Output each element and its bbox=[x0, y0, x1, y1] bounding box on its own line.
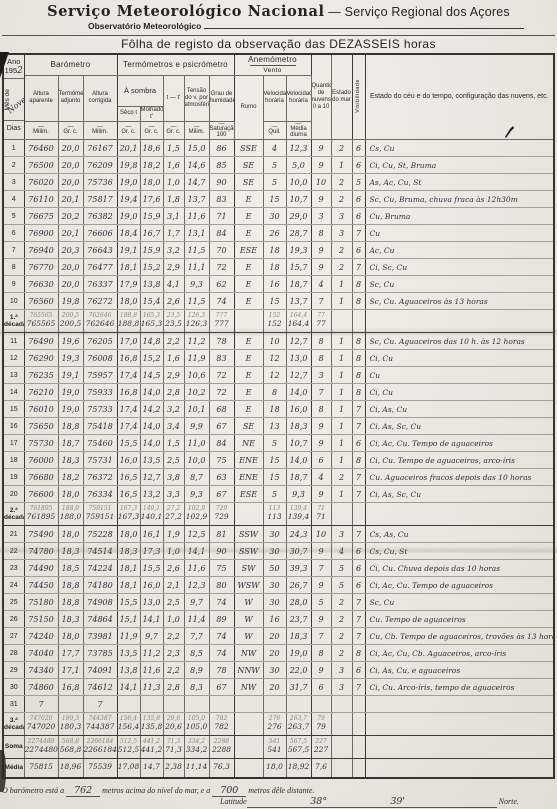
unit-milim-3: Milim. bbox=[184, 121, 209, 139]
remarks-cell: Ci, Ac, Cu. Tempo de aguaceiros bbox=[365, 435, 554, 452]
value-cell: 28,7 bbox=[286, 225, 311, 242]
title-separator: — bbox=[325, 5, 345, 19]
value-cell: NNW bbox=[234, 662, 263, 679]
value-cell: 75731 bbox=[83, 452, 117, 469]
value-cell: 17,4 bbox=[117, 418, 140, 435]
value-cell: 16,1 bbox=[140, 526, 163, 543]
value-cell: 76382 bbox=[83, 208, 117, 225]
table-row-day-31: 3177 bbox=[3, 696, 554, 713]
value-cell: 20 bbox=[263, 679, 286, 696]
value-cell: 76020 bbox=[24, 174, 58, 191]
value-cell: 76110 bbox=[24, 191, 58, 208]
value-cell: 8,3 bbox=[184, 679, 209, 696]
value-cell: 10,0 bbox=[286, 174, 311, 191]
value-cell: 86 bbox=[209, 140, 234, 157]
value-cell: 18,8 bbox=[58, 577, 83, 594]
value-cell: 1,6 bbox=[163, 157, 184, 174]
header-corrected-height: Altura corrigida bbox=[83, 75, 117, 121]
table-row-soma: Soma22744802274480568,8568,8226618422661… bbox=[3, 736, 554, 759]
value-cell: 20,1 bbox=[117, 140, 140, 157]
summary-value: 227227 bbox=[311, 736, 331, 759]
value-cell: 2,6 bbox=[163, 293, 184, 310]
value-cell: 2,6 bbox=[163, 560, 184, 577]
value-cell: 12 bbox=[263, 367, 286, 384]
value-cell: 8 bbox=[352, 276, 365, 293]
unit-grc-3: Gr. c. bbox=[140, 121, 163, 139]
value-cell: 9 bbox=[311, 191, 331, 208]
value-cell: 15,9 bbox=[140, 208, 163, 225]
value-cell: W bbox=[234, 611, 263, 628]
value-cell: 80 bbox=[209, 577, 234, 594]
value-cell: 30 bbox=[263, 577, 286, 594]
form-subtitle: Fôlha de registo da observação das DEZAS… bbox=[2, 35, 555, 51]
value-cell: 2 bbox=[331, 174, 352, 191]
value-cell: 39,3 bbox=[286, 560, 311, 577]
value-cell: 8,5 bbox=[184, 645, 209, 662]
value-cell: 9 bbox=[311, 157, 331, 174]
value-cell: 19,0 bbox=[117, 208, 140, 225]
value-cell: 8 bbox=[263, 384, 286, 401]
value-cell: 14,6 bbox=[184, 157, 209, 174]
summary-value: 276276 bbox=[263, 713, 286, 736]
value-cell: SSW bbox=[234, 526, 263, 543]
value-cell: 1 bbox=[331, 293, 352, 310]
remarks-cell: Sc, Cu bbox=[365, 594, 554, 611]
summary-value: 7979 bbox=[311, 713, 331, 736]
value-cell: 3 bbox=[311, 208, 331, 225]
unit-quil: Quil. bbox=[263, 121, 286, 139]
value-cell: 19,4 bbox=[117, 191, 140, 208]
empty-cell bbox=[331, 503, 352, 526]
value-cell: 76600 bbox=[24, 486, 58, 503]
value-cell: 17,7 bbox=[58, 645, 83, 662]
empty-cell bbox=[331, 736, 352, 759]
value-cell: 19,3 bbox=[58, 350, 83, 367]
value-cell: 11,5 bbox=[184, 242, 209, 259]
value-cell: 76290 bbox=[24, 350, 58, 367]
value-cell: SE bbox=[234, 157, 263, 174]
value-cell: 16,8 bbox=[117, 350, 140, 367]
value-cell: 18,3 bbox=[286, 418, 311, 435]
value-cell: 1 bbox=[331, 276, 352, 293]
header-humidity-degree: Grau de humidade bbox=[209, 75, 234, 121]
value-cell: SW bbox=[234, 560, 263, 577]
day-number: 15 bbox=[3, 401, 24, 418]
value-cell: 7 bbox=[83, 696, 117, 713]
remarks-cell: Sc, Cu, Bruma, chuva fraca às 12h30m bbox=[365, 191, 554, 208]
value-cell: 74612 bbox=[83, 679, 117, 696]
value-cell: NW bbox=[234, 645, 263, 662]
value-cell: 2 bbox=[331, 140, 352, 157]
value-cell: 16,0 bbox=[117, 452, 140, 469]
summary-value: 14,7 bbox=[140, 759, 163, 778]
value-cell: 9,7 bbox=[184, 594, 209, 611]
value-cell: 18,1 bbox=[117, 577, 140, 594]
value-cell: 17,1 bbox=[58, 662, 83, 679]
value-cell: 18,1 bbox=[117, 560, 140, 577]
value-cell bbox=[163, 696, 184, 713]
form-header: Serviço Meteorológico Nacional — Serviço… bbox=[0, 0, 557, 51]
value-cell: 75933 bbox=[83, 384, 117, 401]
form-footer: O barómetro está a 762 metros acima do n… bbox=[0, 784, 557, 809]
value-cell: 15,9 bbox=[140, 242, 163, 259]
summary-value: 18,92 bbox=[286, 759, 311, 778]
value-cell: 15,7 bbox=[286, 259, 311, 276]
value-cell: 23,7 bbox=[286, 611, 311, 628]
value-cell: 10,7 bbox=[286, 191, 311, 208]
value-cell: 5 bbox=[331, 577, 352, 594]
value-cell: 76167 bbox=[83, 140, 117, 157]
value-cell: 6 bbox=[352, 191, 365, 208]
value-cell: ESE bbox=[234, 486, 263, 503]
header-sea-state: Estado do mar bbox=[331, 54, 352, 140]
value-cell: 20,3 bbox=[58, 242, 83, 259]
summary-value: 140,1140,1 bbox=[140, 503, 163, 526]
value-cell: 7 bbox=[352, 259, 365, 276]
value-cell: 74864 bbox=[83, 611, 117, 628]
value-cell: 2,2 bbox=[163, 628, 184, 645]
value-cell: 19,0 bbox=[117, 174, 140, 191]
value-cell: 15,2 bbox=[140, 350, 163, 367]
summary-value bbox=[234, 503, 263, 526]
remarks-cell: Cu, Cb. Tempo de aguaceiros, trovões às … bbox=[365, 628, 554, 645]
value-cell bbox=[263, 696, 286, 713]
value-cell: 3 bbox=[331, 679, 352, 696]
value-cell bbox=[58, 696, 83, 713]
value-cell: 20 bbox=[263, 645, 286, 662]
header-attached-thermometer: Termómetro adjunto bbox=[58, 75, 83, 121]
value-cell: ENE bbox=[234, 452, 263, 469]
value-cell: 8 bbox=[352, 350, 365, 367]
table-row-day-30: 307486016,87461214,111,32,88,367NW2031,7… bbox=[3, 679, 554, 696]
value-cell: 8 bbox=[311, 401, 331, 418]
observatory-label: Observatório Meteorológico bbox=[88, 21, 201, 31]
table-body: 17646020,07616720,118,61,515,086SSE412,3… bbox=[3, 140, 554, 778]
value-cell: 76000 bbox=[24, 452, 58, 469]
value-cell: 78 bbox=[209, 662, 234, 679]
value-cell: 16 bbox=[263, 611, 286, 628]
header-dry-bulb: Sêco t bbox=[117, 107, 140, 122]
summary-value: 75539 bbox=[83, 759, 117, 778]
remarks-cell: Sc, Cu. Aguaceiros às 13 horas bbox=[365, 293, 554, 310]
value-cell: 75460 bbox=[83, 435, 117, 452]
value-cell: 74 bbox=[209, 645, 234, 662]
header-group-anemometer: Anemómetro Vento bbox=[234, 54, 311, 75]
remarks-cell: Cs, As, Cu bbox=[365, 526, 554, 543]
unit-saturation: Saturação 100 bbox=[209, 121, 234, 139]
value-cell: 1,5 bbox=[163, 435, 184, 452]
summary-value bbox=[234, 736, 263, 759]
summary-value: 18,0 bbox=[263, 759, 286, 778]
value-cell: 9 bbox=[311, 242, 331, 259]
value-cell: 13,7 bbox=[286, 293, 311, 310]
header-vapour-tension: Tensão do v. por atmosférica bbox=[184, 75, 209, 121]
value-cell: 2 bbox=[331, 611, 352, 628]
value-cell: 6 bbox=[352, 157, 365, 174]
empty-cell bbox=[352, 759, 365, 778]
value-cell: 14,0 bbox=[140, 435, 163, 452]
value-cell: 16,0 bbox=[140, 577, 163, 594]
value-cell: 16 bbox=[263, 276, 286, 293]
value-cell: 70 bbox=[209, 242, 234, 259]
value-cell: 74860 bbox=[24, 679, 58, 696]
summary-value: 747020747020 bbox=[24, 713, 58, 736]
year-printed: 195 bbox=[5, 66, 18, 75]
summary-value: 761895761895 bbox=[24, 503, 58, 526]
value-cell: 19,0 bbox=[58, 401, 83, 418]
value-cell: 18,1 bbox=[117, 259, 140, 276]
pin-mark-icon bbox=[503, 124, 515, 139]
value-cell: 9,7 bbox=[140, 628, 163, 645]
value-cell: 18,8 bbox=[58, 418, 83, 435]
value-cell: 7 bbox=[311, 293, 331, 310]
table-row-day-7: 77694020,37664319,115,93,211,570ESE1819,… bbox=[3, 242, 554, 259]
value-cell: 62 bbox=[209, 276, 234, 293]
remarks-cell: Cu bbox=[365, 225, 554, 242]
value-cell: 18,8 bbox=[58, 594, 83, 611]
value-cell: 2,5 bbox=[163, 452, 184, 469]
value-cell: 4,1 bbox=[163, 276, 184, 293]
summary-value: 22661842266184 bbox=[83, 736, 117, 759]
remarks-cell: Ci, As, Cu, e aguaceiros bbox=[365, 662, 554, 679]
value-cell bbox=[209, 696, 234, 713]
value-cell: 74224 bbox=[83, 560, 117, 577]
value-cell: 9 bbox=[311, 611, 331, 628]
table-row-day-27: 277424018,07398111,99,72,27,774W2018,372… bbox=[3, 628, 554, 645]
value-cell: 7 bbox=[352, 401, 365, 418]
day-number: 18 bbox=[3, 452, 24, 469]
value-cell: 18,2 bbox=[140, 157, 163, 174]
value-cell: 83 bbox=[209, 350, 234, 367]
value-cell: 76560 bbox=[24, 293, 58, 310]
value-cell: 83 bbox=[209, 191, 234, 208]
value-cell: 14,2 bbox=[140, 401, 163, 418]
value-cell: 12,3 bbox=[286, 140, 311, 157]
latitude-note: Latitude38°39' Norte. bbox=[220, 796, 519, 808]
value-cell: 8 bbox=[352, 645, 365, 662]
header-wet-bulb: Molhado t' bbox=[140, 107, 163, 122]
value-cell: 7 bbox=[352, 225, 365, 242]
header-sky-state: Estado do céu e do tempo, configuração d… bbox=[365, 54, 554, 140]
value-cell: 2 bbox=[331, 628, 352, 645]
value-cell: 7,7 bbox=[184, 628, 209, 645]
value-cell: ENE bbox=[234, 469, 263, 486]
value-cell: 6 bbox=[352, 208, 365, 225]
value-cell: 11,5 bbox=[184, 293, 209, 310]
day-number: 21 bbox=[3, 526, 24, 543]
value-cell: 26,7 bbox=[286, 577, 311, 594]
value-cell: 68 bbox=[209, 401, 234, 418]
summary-value: 102,9102,9 bbox=[184, 503, 209, 526]
value-cell bbox=[331, 696, 352, 713]
value-cell: 19,1 bbox=[117, 242, 140, 259]
value-cell: 7 bbox=[352, 526, 365, 543]
value-cell: 5 bbox=[263, 157, 286, 174]
table-row-decada-2: 2.ªdécada761895761895188,0188,0759151759… bbox=[3, 503, 554, 526]
value-cell: 85 bbox=[209, 157, 234, 174]
value-cell: 76675 bbox=[24, 208, 58, 225]
value-cell: 18,0 bbox=[140, 174, 163, 191]
value-cell: 1 bbox=[331, 384, 352, 401]
value-cell: 7 bbox=[352, 486, 365, 503]
value-cell: 74 bbox=[209, 293, 234, 310]
summary-value: 782782 bbox=[209, 713, 234, 736]
value-cell: 7 bbox=[352, 594, 365, 611]
value-cell: 76209 bbox=[83, 157, 117, 174]
value-cell: 6 bbox=[352, 435, 365, 452]
summary-value: 20,620,6 bbox=[163, 713, 184, 736]
value-cell: 7 bbox=[24, 696, 58, 713]
value-cell: 2 bbox=[331, 594, 352, 611]
value-cell: 20,0 bbox=[58, 259, 83, 276]
remarks-cell: As, Ac, Cu, St bbox=[365, 174, 554, 191]
value-cell: 16,8 bbox=[117, 384, 140, 401]
value-cell: 14,0 bbox=[286, 452, 311, 469]
value-cell: NE bbox=[234, 435, 263, 452]
table-row-day-23: 237449018,57422418,115,52,611,675SW5039,… bbox=[3, 560, 554, 577]
table-row-day-4: 47611020,17581719,417,61,813,783E1510,79… bbox=[3, 191, 554, 208]
value-cell: 2 bbox=[331, 242, 352, 259]
value-cell: 19,0 bbox=[58, 384, 83, 401]
empty-cell bbox=[365, 503, 554, 526]
value-cell: 8 bbox=[311, 645, 331, 662]
value-cell: 12,5 bbox=[184, 526, 209, 543]
value-cell: E bbox=[234, 191, 263, 208]
title-regional: Serviço Regional dos Açores bbox=[345, 5, 510, 19]
unit-grc-4: Gr. c. bbox=[163, 121, 184, 139]
summary-value: 180,3180,3 bbox=[58, 713, 83, 736]
value-cell: SE bbox=[234, 174, 263, 191]
table-row-day-18: 187600018,37573116,013,52,510,075ENE1514… bbox=[3, 452, 554, 469]
value-cell: 18,2 bbox=[58, 469, 83, 486]
value-cell bbox=[286, 696, 311, 713]
summary-value: 334,2334,2 bbox=[184, 736, 209, 759]
header-corner: Ano 1952 Mês de Novembro Dias bbox=[3, 54, 24, 140]
header-apparent-height: Altura aparente bbox=[24, 75, 58, 121]
value-cell: 6 bbox=[352, 560, 365, 577]
summary-label: Média bbox=[3, 759, 24, 778]
value-cell: 76606 bbox=[83, 225, 117, 242]
header-wind-direction: Rumo bbox=[234, 75, 263, 139]
remarks-cell: Sc, Cu bbox=[365, 276, 554, 293]
value-cell: 28,0 bbox=[286, 594, 311, 611]
month-cell: Mês de Novembro bbox=[4, 79, 24, 121]
day-number: 9 bbox=[3, 276, 24, 293]
header-cloud-amount: Quantidade de nuvens 0 a 10 bbox=[311, 54, 331, 140]
value-cell: 1,9 bbox=[163, 526, 184, 543]
value-cell: 18 bbox=[263, 401, 286, 418]
value-cell: 75733 bbox=[83, 401, 117, 418]
remarks-cell: Ci, Ac, Cu. Tempo de aguaceiros bbox=[365, 577, 554, 594]
value-cell: 19,3 bbox=[286, 242, 311, 259]
value-cell: 75418 bbox=[83, 418, 117, 435]
value-cell: 76900 bbox=[24, 225, 58, 242]
table-row-day-26: 267515018,37486415,114,11,011,489W1623,7… bbox=[3, 611, 554, 628]
value-cell: ESE bbox=[234, 242, 263, 259]
value-cell: WSW bbox=[234, 577, 263, 594]
value-cell: 9,3 bbox=[184, 276, 209, 293]
value-cell: 1,6 bbox=[163, 350, 184, 367]
day-number: 16 bbox=[3, 418, 24, 435]
value-cell: 18,5 bbox=[58, 560, 83, 577]
value-cell: E bbox=[234, 293, 263, 310]
value-cell: 3,2 bbox=[163, 401, 184, 418]
header-visibility: Visibilidade bbox=[352, 54, 365, 140]
remarks-cell: Ci, Ac, Cu, Cb. Aguaceiros, arco-íris bbox=[365, 645, 554, 662]
scanned-form-page: Serviço Meteorológico Nacional — Serviço… bbox=[0, 0, 557, 809]
value-cell: 2 bbox=[331, 259, 352, 276]
value-cell: 13,5 bbox=[140, 452, 163, 469]
value-cell: 74908 bbox=[83, 594, 117, 611]
value-cell: 20 bbox=[263, 628, 286, 645]
day-number: 4 bbox=[3, 191, 24, 208]
summary-value: 2,38 bbox=[163, 759, 184, 778]
summary-value: 75815 bbox=[24, 759, 58, 778]
value-cell: 9 bbox=[311, 418, 331, 435]
value-cell: 20,0 bbox=[58, 174, 83, 191]
value-cell: 5 bbox=[263, 174, 286, 191]
value-cell: 8 bbox=[311, 225, 331, 242]
summary-value: 139,4139,4 bbox=[286, 503, 311, 526]
value-cell bbox=[140, 696, 163, 713]
value-cell: 2 bbox=[331, 469, 352, 486]
value-cell: 75650 bbox=[24, 418, 58, 435]
value-cell: E bbox=[234, 225, 263, 242]
summary-value: 156,4156,4 bbox=[117, 713, 140, 736]
day-number: 26 bbox=[3, 611, 24, 628]
value-cell: 12,3 bbox=[184, 577, 209, 594]
value-cell: 17,4 bbox=[117, 367, 140, 384]
value-cell: 7 bbox=[311, 384, 331, 401]
value-cell: W bbox=[234, 594, 263, 611]
value-cell: 5 bbox=[263, 435, 286, 452]
value-cell: 16,5 bbox=[117, 469, 140, 486]
unit-grc-2: Gr. c. bbox=[117, 121, 140, 139]
value-cell: 75 bbox=[209, 452, 234, 469]
header-hourly-speed-mean: Velocidade horária bbox=[286, 75, 311, 121]
value-cell: 75228 bbox=[83, 526, 117, 543]
value-cell: 13,0 bbox=[286, 350, 311, 367]
value-cell bbox=[311, 696, 331, 713]
value-cell: 76770 bbox=[24, 259, 58, 276]
day-number: 29 bbox=[3, 662, 24, 679]
value-cell: 3 bbox=[331, 526, 352, 543]
value-cell: 18,7 bbox=[286, 276, 311, 293]
barometer-prefix: O barómetro está a bbox=[2, 786, 64, 795]
summary-value: 17,08 bbox=[117, 759, 140, 778]
barometer-mid: metros acima do nível do mar, e a bbox=[102, 786, 210, 795]
remarks-cell: Cu. Tempo de aguaceiros bbox=[365, 611, 554, 628]
empty-cell bbox=[365, 736, 554, 759]
value-cell: 15 bbox=[263, 191, 286, 208]
value-cell: 18,0 bbox=[117, 526, 140, 543]
value-cell: 7 bbox=[311, 628, 331, 645]
days-label: Dias bbox=[4, 121, 24, 139]
day-number: 14 bbox=[3, 384, 24, 401]
observatory-blank-line bbox=[204, 21, 524, 29]
wind-label: Vento bbox=[250, 65, 296, 74]
table-row-day-19: 197668018,27637216,512,73,88,763ENE1518,… bbox=[3, 469, 554, 486]
value-cell: W bbox=[234, 628, 263, 645]
summary-value bbox=[234, 713, 263, 736]
header-t-minus-t: t — t' bbox=[163, 75, 184, 121]
table-row-day-6: 67690020,17660618,416,71,713,184E2628,78… bbox=[3, 225, 554, 242]
value-cell: 11,0 bbox=[184, 435, 209, 452]
value-cell: 15,2 bbox=[140, 259, 163, 276]
remarks-cell: Ac, Cu bbox=[365, 242, 554, 259]
value-cell: 71 bbox=[209, 208, 234, 225]
value-cell: 74 bbox=[209, 628, 234, 645]
